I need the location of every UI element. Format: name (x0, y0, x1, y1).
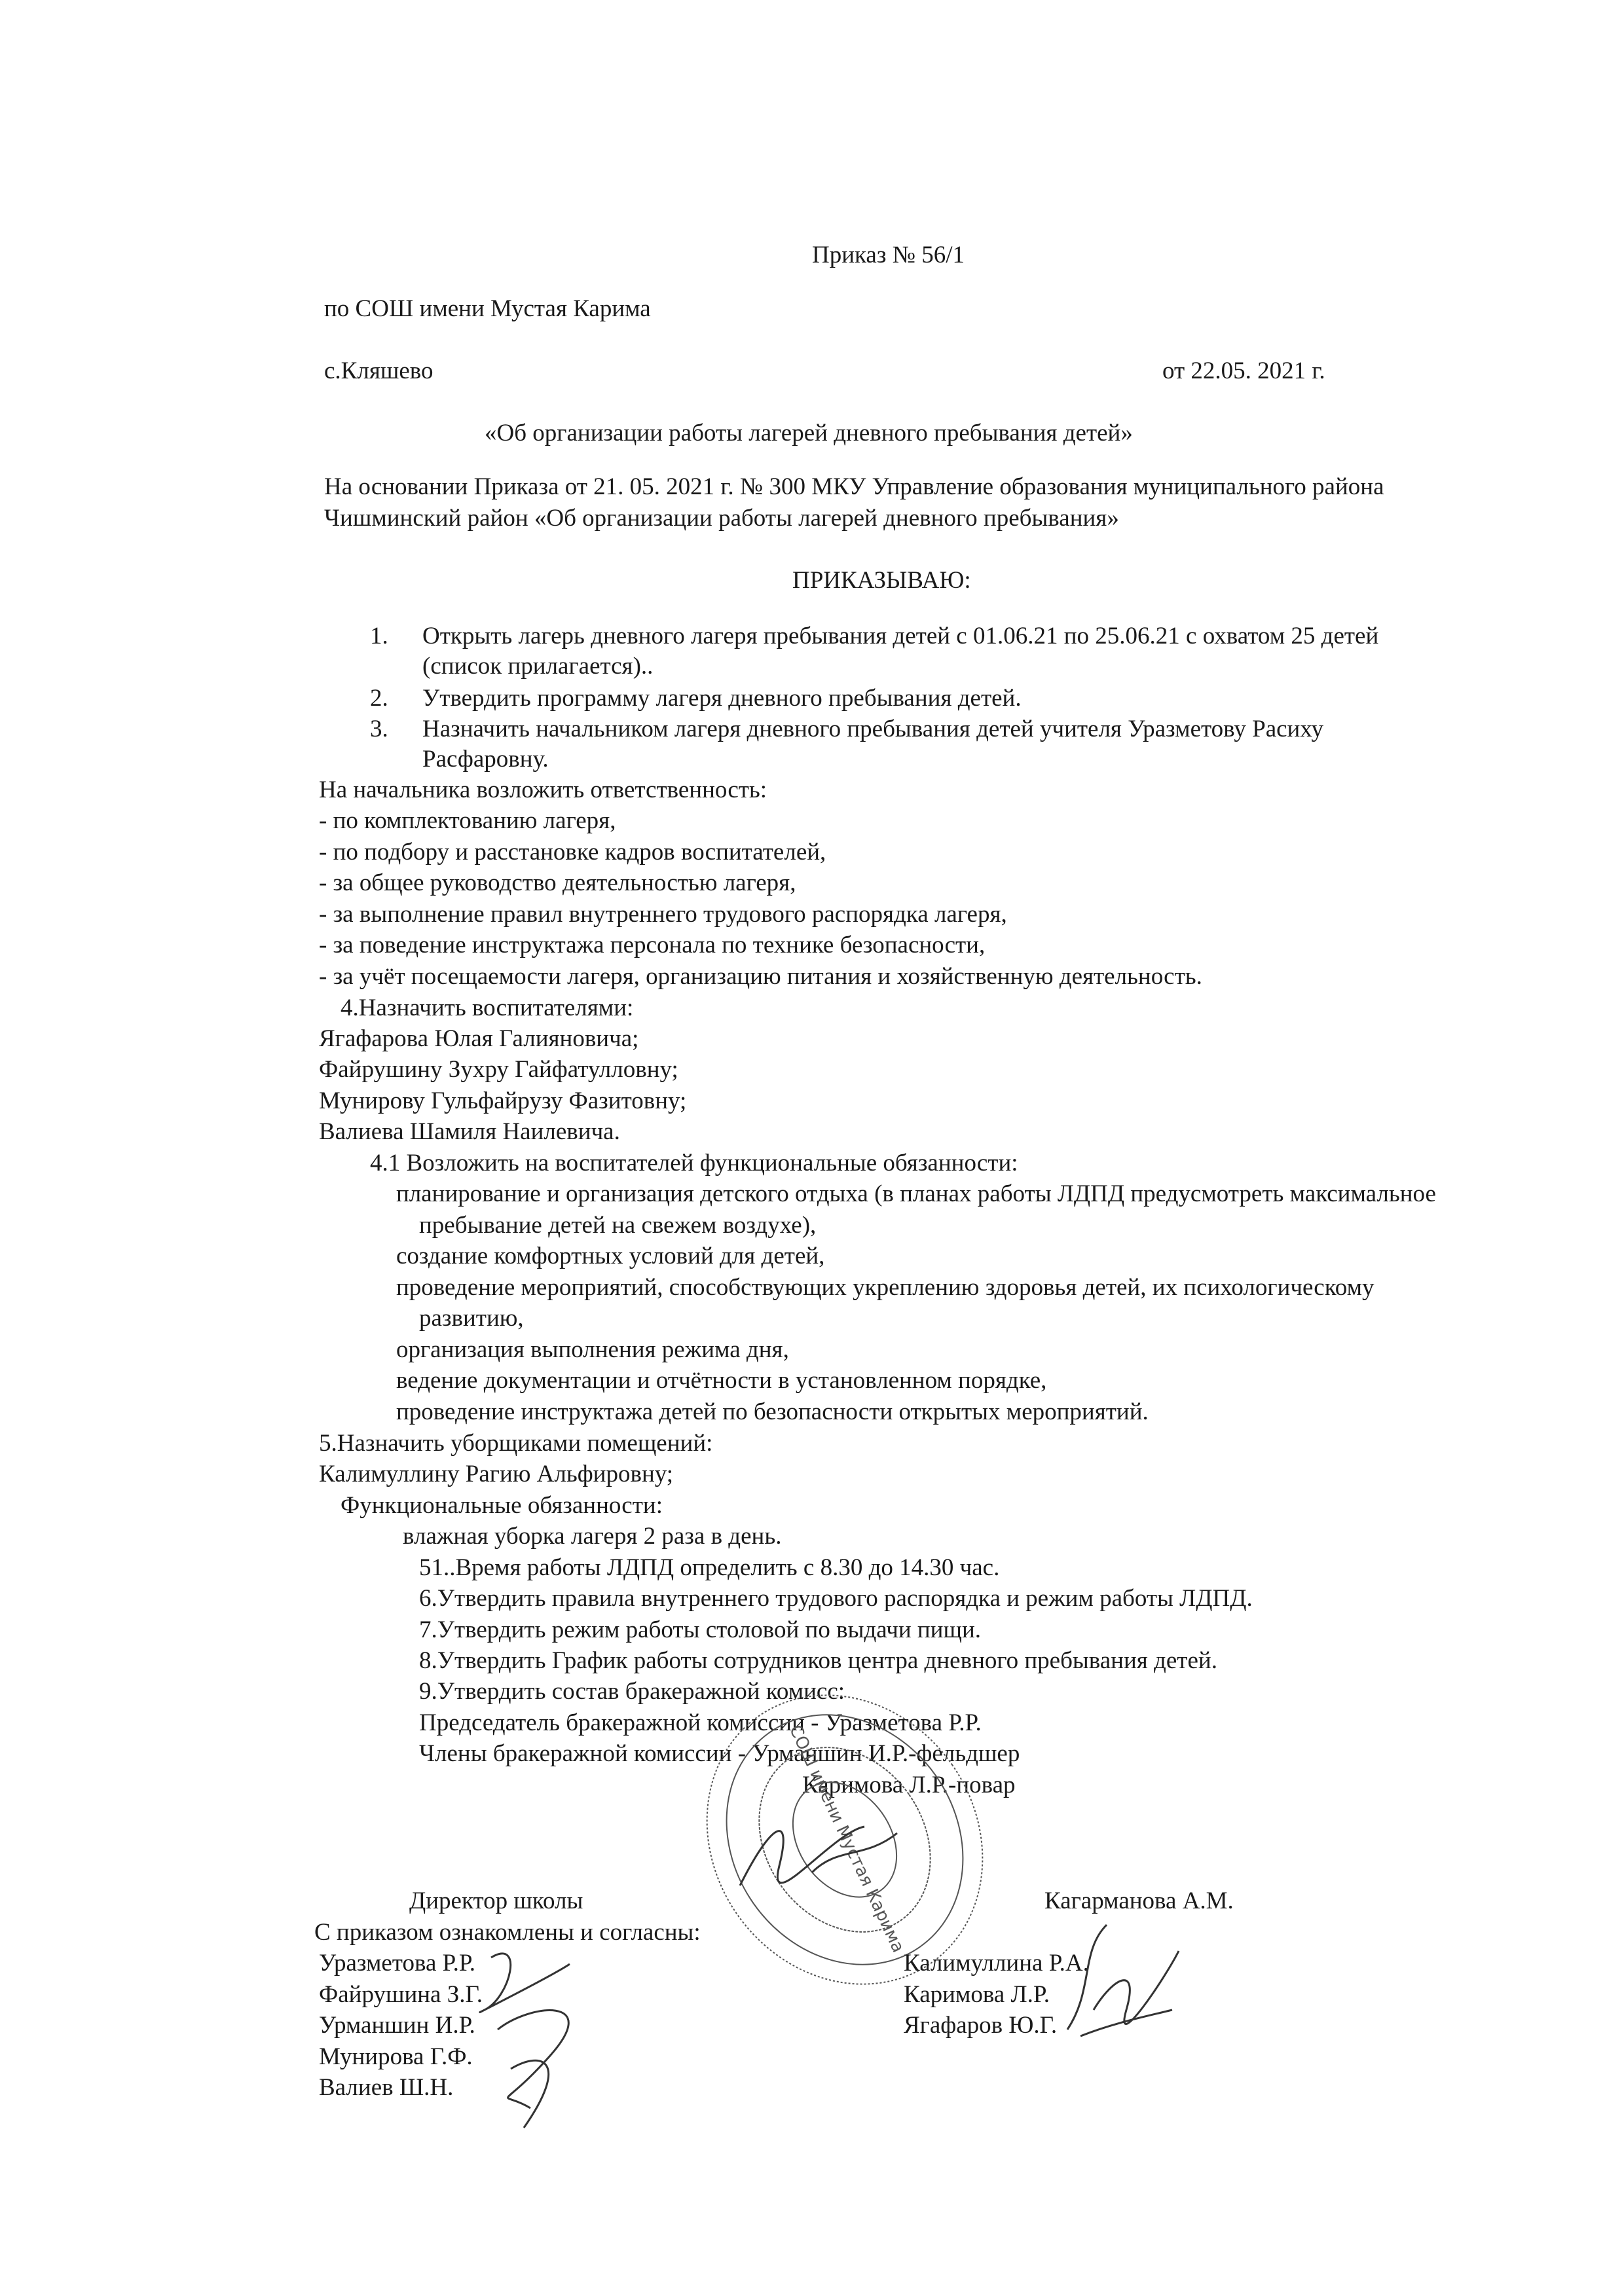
order-subject: «Об организации работы лагерей дневного … (485, 419, 1133, 448)
educator-duty: пребывание детей на свежем воздухе), (419, 1211, 816, 1240)
educator-duties-heading: 4.1 Возложить на воспитателей функционал… (370, 1149, 1018, 1178)
item-text: Расфаровну. (422, 745, 549, 774)
responsibility-item: - за поведение инструктажа персонала по … (319, 931, 985, 960)
educators-heading: 4.Назначить воспитателями: (341, 994, 633, 1023)
responsibility-item: - по комплектованию лагеря, (319, 807, 616, 835)
educator-duty: организация выполнения режима дня, (396, 1336, 789, 1364)
order-title: Приказ № 56/1 (812, 241, 965, 270)
basis-line-2: Чишминский район «Об организации работы … (324, 504, 1119, 533)
signature-icon (471, 1938, 616, 2134)
item-number: 1. (370, 622, 388, 651)
item-number: 2. (370, 684, 388, 713)
educator-duty: развитию, (419, 1304, 524, 1333)
basis-line-1: На основании Приказа от 21. 05. 2021 г. … (324, 473, 1384, 501)
educator-duty: проведение инструктажа детей по безопасн… (396, 1398, 1149, 1427)
cleaner-duties-heading: Функциональные обязанности: (341, 1491, 663, 1520)
educator-name: Ягафарова Юлая Галияновича; (319, 1025, 638, 1053)
item-number: 3. (370, 715, 388, 744)
signature-icon (1054, 1912, 1185, 2043)
signatory-name: Уразметова Р.Р. (319, 1949, 475, 1978)
order-item: 7.Утвердить режим работы столовой по выд… (419, 1616, 981, 1645)
signatory-name: Мунирова Г.Ф. (319, 2043, 473, 2071)
order-date: от 22.05. 2021 г. (1162, 357, 1325, 386)
educator-duty: ведение документации и отчётности в уста… (396, 1366, 1046, 1395)
order-item: 51..Время работы ЛДПД определить с 8.30 … (419, 1554, 999, 1582)
signatory-name: Валиев Ш.Н. (319, 2073, 453, 2102)
signature-icon (733, 1807, 904, 1899)
cleaner-duty: влажная уборка лагеря 2 раза в день. (403, 1522, 781, 1551)
responsibility-item: - за учёт посещаемости лагеря, организац… (319, 962, 1202, 991)
educator-duty: планирование и организация детского отды… (396, 1180, 1436, 1209)
signatory-name: Урманшин И.Р. (319, 2011, 475, 2040)
educator-name: Мунирову Гульфайрузу Фазитовну; (319, 1087, 686, 1116)
item-text: (список прилагается).. (422, 652, 653, 681)
order-item: 6.Утвердить правила внутреннего трудовог… (419, 1584, 1253, 1613)
signatory-name: Файрушина З.Г. (319, 1980, 483, 2009)
signatory-name: Каримова Л.Р. (904, 1980, 1050, 2009)
cleaners-heading: 5.Назначить уборщиками помещений: (319, 1429, 712, 1458)
responsibility-intro: На начальника возложить ответственность: (319, 776, 767, 805)
responsibility-item: - за выполнение правил внутреннего трудо… (319, 900, 1007, 929)
order-word: ПРИКАЗЫВАЮ: (792, 566, 971, 595)
place: с.Кляшево (324, 357, 433, 386)
director-label: Директор школы (409, 1887, 583, 1916)
order-item: 8.Утвердить График работы сотрудников це… (419, 1647, 1217, 1675)
item-text: Назначить начальником лагеря дневного пр… (422, 715, 1323, 744)
responsibility-item: - по подбору и расстановке кадров воспит… (319, 838, 826, 867)
cleaner-name: Калимуллину Рагию Альфировну; (319, 1460, 673, 1489)
signatory-name: Ягафаров Ю.Г. (904, 2011, 1057, 2040)
educator-duty: проведение мероприятий, способствующих у… (396, 1273, 1375, 1302)
item-text: Утвердить программу лагеря дневного преб… (422, 684, 1022, 713)
educator-duty: создание комфортных условий для детей, (396, 1242, 824, 1271)
educator-name: Файрушину Зухру Гайфатулловну; (319, 1055, 678, 1084)
item-text: Открыть лагерь дневного лагеря пребывани… (422, 622, 1378, 651)
educator-name: Валиева Шамиля Наилевича. (319, 1118, 620, 1146)
responsibility-item: - за общее руководство деятельностью лаг… (319, 869, 796, 898)
organization-line: по СОШ имени Мустая Карима (324, 295, 651, 323)
